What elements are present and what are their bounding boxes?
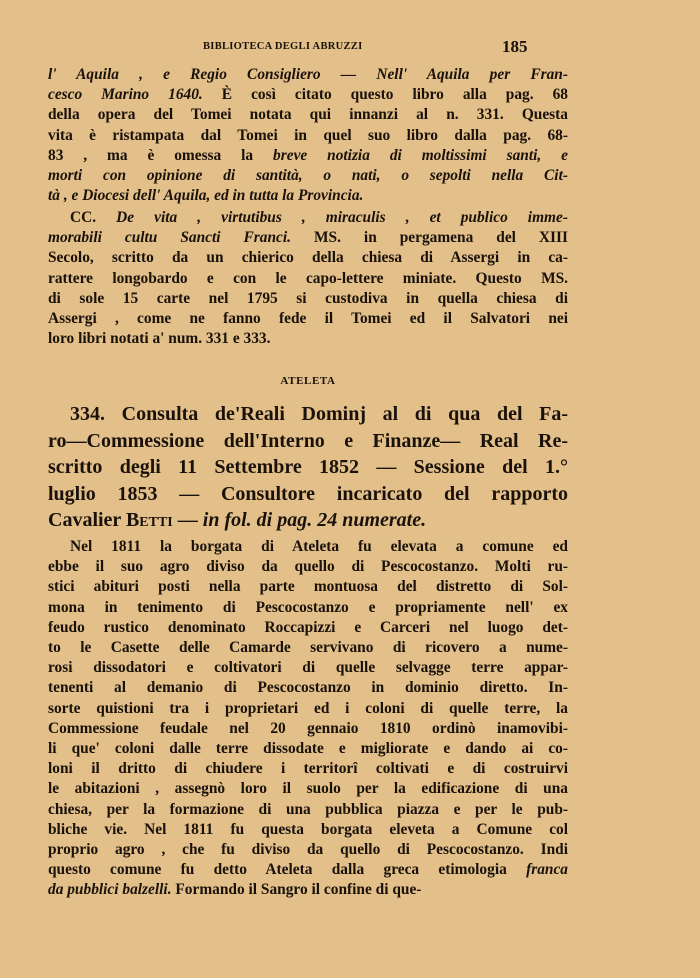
text-run: —	[173, 509, 203, 531]
text-line: questo comune fu detto Ateleta dalla gre…	[48, 860, 568, 880]
running-title: BIBLIOTECA DEGLI ABRUZZI	[203, 41, 363, 52]
text-line: rosi dissodatori e coltivatori di quelle…	[48, 658, 568, 678]
italic-run: De vita , virtutibus , miraculis , et pu…	[116, 209, 568, 226]
text-run: Commessione feudale nel 20 gennaio 1810 …	[48, 720, 568, 737]
text-line: cesco Marino 1640. È così citato questo …	[48, 85, 568, 105]
text-line: 334. Consulta de'Reali Dominj al di qua …	[48, 401, 568, 428]
text-line: scritto degli 11 Settembre 1852 — Sessio…	[48, 454, 568, 481]
text-line: stici abituri posti nella parte montuosa…	[48, 577, 568, 597]
text-run: chiesa, per la formazione di una pubblic…	[48, 801, 568, 818]
text-run: CC.	[70, 209, 116, 226]
section-heading-ateleta: ATELETA	[48, 375, 568, 387]
text-run: Assergi , come ne fanno fede il Tomei ed…	[48, 310, 568, 327]
text-run: vita è ristampata dal Tomei in quel suo …	[48, 127, 568, 144]
text-run: Nel 1811 la borgata di Ateleta fu elevat…	[70, 538, 568, 555]
text-run: mona in tenimento di Pescocostanzo e pro…	[48, 599, 568, 616]
text-line: rattere longobardo e con le capo-lettere…	[48, 269, 568, 289]
text-line: di sole 15 carte nel 1795 si custodiva i…	[48, 289, 568, 309]
text-line: loro libri notati a' num. 331 e 333.	[48, 329, 568, 349]
italic-run: cesco Marino 1640.	[48, 86, 203, 103]
text-line: bliche vie. Nel 1811 fu questa borgata e…	[48, 820, 568, 840]
text-run: to le Casette delle Camarde servivano di…	[48, 639, 568, 656]
text-line: sorte quistioni tra i proprietari ed i c…	[48, 699, 568, 719]
page-number: 185	[502, 37, 528, 57]
text-run: Formando il Sangro il confine di que-	[172, 881, 422, 898]
italic-run: franca	[526, 861, 568, 878]
text-line: luglio 1853 — Consultore incaricato del …	[48, 481, 568, 508]
text-run: È così citato questo libro alla pag. 68	[203, 86, 568, 103]
text-line: proprio agro , che fu diviso da quello d…	[48, 840, 568, 860]
text-line: vita è ristampata dal Tomei in quel suo …	[48, 126, 568, 146]
text-line: chiesa, per la formazione di una pubblic…	[48, 800, 568, 820]
italic-run: in fol. di pag. 24 numerate.	[203, 509, 426, 531]
text-run: le abitazioni , assegnò loro il suolo pe…	[48, 780, 568, 797]
catalog-item-cc: CC. De vita , virtutibus , miraculis , e…	[48, 208, 568, 349]
italic-run: breve notizia di moltissimi santi, e	[273, 147, 568, 164]
text-run: bliche vie. Nel 1811 fu questa borgata e…	[48, 821, 568, 838]
text-run: 83 , ma è omessa la	[48, 147, 273, 164]
text-line: morti con opinione di santità, o nati, o…	[48, 166, 568, 186]
text-line: l' Aquila , e Regio Consigliero — Nell' …	[48, 65, 568, 85]
italic-run: da pubblici balzelli.	[48, 881, 172, 898]
italic-run: morti con opinione di santità, o nati, o…	[48, 167, 568, 184]
text-line: feudo rustico denominato Roccapizzi e Ca…	[48, 618, 568, 638]
continuation-paragraph: l' Aquila , e Regio Consigliero — Nell' …	[48, 65, 568, 206]
text-run: 334. Consulta de'Reali Dominj al di qua …	[70, 403, 568, 425]
text-line: CC. De vita , virtutibus , miraculis , e…	[48, 208, 568, 228]
text-run: Betti	[126, 509, 173, 531]
text-run: ro—Commessione dell'Interno e Finanze— R…	[48, 430, 568, 452]
italic-run: l' Aquila , e Regio Consigliero — Nell' …	[48, 66, 568, 83]
text-line: tenenti al demanio di Pescocostanzo in d…	[48, 678, 568, 698]
text-line: loni il dritto di chiudere i territorî c…	[48, 759, 568, 779]
text-run: loni il dritto di chiudere i territorî c…	[48, 760, 568, 777]
text-run: scritto degli 11 Settembre 1852 — Sessio…	[48, 456, 568, 478]
text-run: ebbe il suo agro diviso da quello di Pes…	[48, 558, 568, 575]
text-line: 83 , ma è omessa la breve notizia di mol…	[48, 146, 568, 166]
text-line: Cavalier Betti — in fol. di pag. 24 nume…	[48, 507, 568, 534]
text-line: Nel 1811 la borgata di Ateleta fu elevat…	[48, 537, 568, 557]
text-line: ebbe il suo agro diviso da quello di Pes…	[48, 557, 568, 577]
text-run: luglio 1853 — Consultore incaricato del …	[48, 483, 568, 505]
text-line: della opera del Tomei notata qui innanzi…	[48, 105, 568, 125]
text-run: proprio agro , che fu diviso da quello d…	[48, 841, 568, 858]
text-line: to le Casette delle Camarde servivano di…	[48, 638, 568, 658]
text-run: tenenti al demanio di Pescocostanzo in d…	[48, 679, 568, 696]
text-line: Commessione feudale nel 20 gennaio 1810 …	[48, 719, 568, 739]
text-run: di sole 15 carte nel 1795 si custodiva i…	[48, 290, 568, 307]
text-line: tà , e Diocesi dell' Aquila, ed in tutta…	[48, 186, 568, 206]
text-run: questo comune fu detto Ateleta dalla gre…	[48, 861, 526, 878]
text-run: li que' coloni dalle terre dissodate e m…	[48, 740, 568, 757]
text-run: rosi dissodatori e coltivatori di quelle…	[48, 659, 568, 676]
text-line: le abitazioni , assegnò loro il suolo pe…	[48, 779, 568, 799]
text-run: sorte quistioni tra i proprietari ed i c…	[48, 700, 568, 717]
text-line: Secolo, scritto da un chierico della chi…	[48, 248, 568, 268]
text-run: stici abituri posti nella parte montuosa…	[48, 578, 568, 595]
text-line: da pubblici balzelli. Formando il Sangro…	[48, 880, 568, 900]
text-line: morabili cultu Sancti Franci. MS. in per…	[48, 228, 568, 248]
text-line: ro—Commessione dell'Interno e Finanze— R…	[48, 428, 568, 455]
italic-run: morabili cultu Sancti Franci.	[48, 229, 291, 246]
text-run: loro libri notati a' num. 331 e 333.	[48, 330, 270, 347]
running-head: BIBLIOTECA DEGLI ABRUZZI 185	[48, 37, 568, 57]
text-run: feudo rustico denominato Roccapizzi e Ca…	[48, 619, 568, 636]
text-run: della opera del Tomei notata qui innanzi…	[48, 106, 568, 123]
text-line: mona in tenimento di Pescocostanzo e pro…	[48, 598, 568, 618]
catalog-entry-334: 334. Consulta de'Reali Dominj al di qua …	[48, 401, 568, 534]
text-run: Secolo, scritto da un chierico della chi…	[48, 249, 568, 266]
text-line: li que' coloni dalle terre dissodate e m…	[48, 739, 568, 759]
italic-run: tà , e Diocesi dell' Aquila, ed in tutta…	[48, 187, 363, 204]
body-paragraph-ateleta: Nel 1811 la borgata di Ateleta fu elevat…	[48, 537, 568, 901]
text-run: MS. in pergamena del XIII	[291, 229, 568, 246]
text-run: rattere longobardo e con le capo-lettere…	[48, 270, 568, 287]
text-line: Assergi , come ne fanno fede il Tomei ed…	[48, 309, 568, 329]
text-run: Cavalier	[48, 509, 126, 531]
